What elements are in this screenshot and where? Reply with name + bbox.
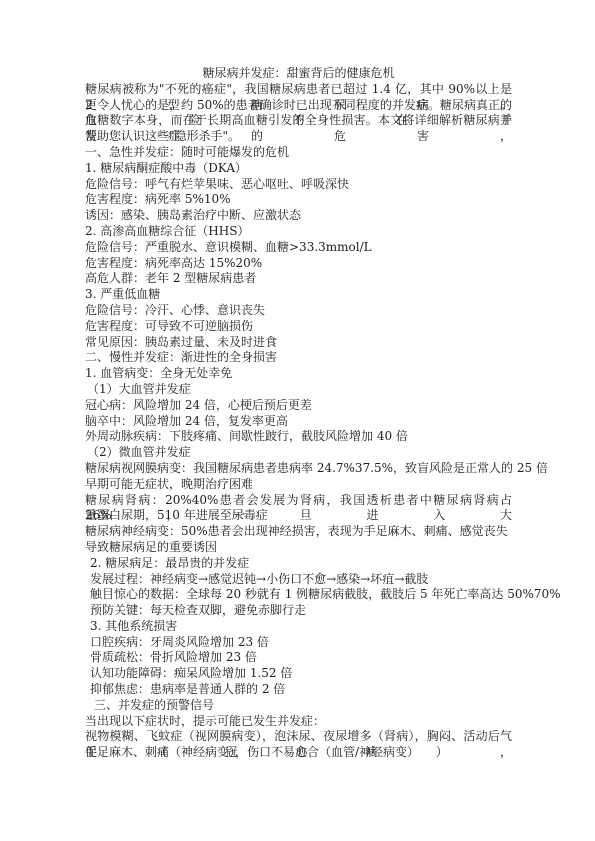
document-title: 糖尿病并发症：甜蜜背后的健康危机 (85, 66, 512, 82)
text-line: 当出现以下症状时，提示可能已发生并发症： (85, 714, 512, 730)
text-line: 危害程度：可导致不可逆脑损伤 (85, 319, 512, 335)
text-line: 糖尿病肾病：20%40%患者会发展为肾病，我国透析患者中糖尿病肾病占 26%，一… (85, 493, 512, 509)
text-line: 危险信号：冷汗、心悸、意识丧失 (85, 303, 512, 319)
text-line: 二、慢性并发症：渐进性的全身损害 (85, 350, 512, 366)
text-line: 三、并发症的预警信号 (85, 698, 512, 714)
text-line: 危害程度：病死率高达 15%20% (85, 256, 512, 272)
text-line: 血糖数字本身，而在于长期高血糖引发的全身性损害。本文将详细解析糖尿病并发症的危害… (85, 113, 512, 129)
text-line: 认知功能障碍：痴呆风险增加 1.52 倍 (85, 666, 512, 682)
text-line: 1. 血管病变：全身无处幸免 (85, 366, 512, 382)
text-line: 预防关键：每天检查双脚，避免赤脚行走 (85, 603, 512, 619)
text-line: 早期可能无症状，晚期治疗困难 (85, 477, 512, 493)
text-line: 冠心病：风险增加 24 倍，心梗后预后更差 (85, 398, 512, 414)
document-page: 糖尿病并发症：甜蜜背后的健康危机 糖尿病被称为"不死的癌症"，我国糖尿病患者已超… (0, 0, 595, 841)
document-content: 糖尿病并发症：甜蜜背后的健康危机 糖尿病被称为"不死的癌症"，我国糖尿病患者已超… (85, 66, 512, 761)
text-line: 抑郁焦虑：患病率是普通人群的 2 倍 (85, 682, 512, 698)
text-line: 骨质疏松：骨折风险增加 23 倍 (85, 650, 512, 666)
text-line: 2. 高渗高血糖综合征（HHS） (85, 224, 512, 240)
text-line: 高危人群：老年 2 型糖尿病患者 (85, 271, 512, 287)
text-line: 2. 糖尿病足：最昂贵的并发症 (85, 556, 512, 572)
text-line: 口腔疾病：牙周炎风险增加 23 倍 (85, 635, 512, 651)
text-line: 脑卒中：风险增加 24 倍，复发率更高 (85, 414, 512, 430)
text-line: 诱因：感染、胰岛素治疗中断、应激状态 (85, 208, 512, 224)
text-line: （1）大血管并发症 (85, 382, 512, 398)
text-line: 视物模糊、飞蚊症（视网膜病变），泡沫尿、夜尿增多（肾病），胸闷、活动后气促（冠心… (85, 729, 512, 745)
text-line: （2）微血管并发症 (85, 445, 512, 461)
text-line: 危险信号：严重脱水、意识模糊、血糖>33.3mmol/L (85, 240, 512, 256)
text-line: 更令人忧心的是，约 50%的患者确诊时已出现不同程度的并发症。糖尿病真正的危险不… (85, 98, 512, 114)
text-line: 危险信号：呼气有烂苹果味、恶心呕吐、呼吸深快 (85, 177, 512, 193)
document-body: 糖尿病被称为"不死的癌症"，我国糖尿病患者已超过 1.4 亿，其中 90%以上是… (85, 82, 512, 761)
text-line: 1. 糖尿病酮症酸中毒（DKA） (85, 161, 512, 177)
text-line: 糖尿病神经病变：50%患者会出现神经损害，表现为手足麻木、刺痛、感觉丧失 (85, 524, 512, 540)
text-line: 导致糖尿病足的重要诱因 (85, 540, 512, 556)
text-line: 外周动脉疾病：下肢疼痛、间歇性跛行，截肢风险增加 40 倍 (85, 429, 512, 445)
text-line: 3. 其他系统损害 (85, 619, 512, 635)
text-line: 糖尿病被称为"不死的癌症"，我国糖尿病患者已超过 1.4 亿，其中 90%以上是… (85, 82, 512, 98)
text-line: 触目惊心的数据：全球每 20 秒就有 1 例糖尿病截肢，截肢后 5 年死亡率高达… (85, 587, 512, 603)
text-line: 糖尿病视网膜病变：我国糖尿病患者患病率 24.7%37.5%，致盲风险是正常人的… (85, 461, 512, 477)
text-line: 发展过程：神经病变→感觉迟钝→小伤口不愈→感染→坏疽→截肢 (85, 572, 512, 588)
text-line: 3. 严重低血糖 (85, 287, 512, 303)
text-line: 常见原因：胰岛素过量、未及时进食 (85, 335, 512, 351)
text-line: 危害程度：病死率 5%10% (85, 192, 512, 208)
text-line: 一、急性并发症：随时可能爆发的危机 (85, 145, 512, 161)
